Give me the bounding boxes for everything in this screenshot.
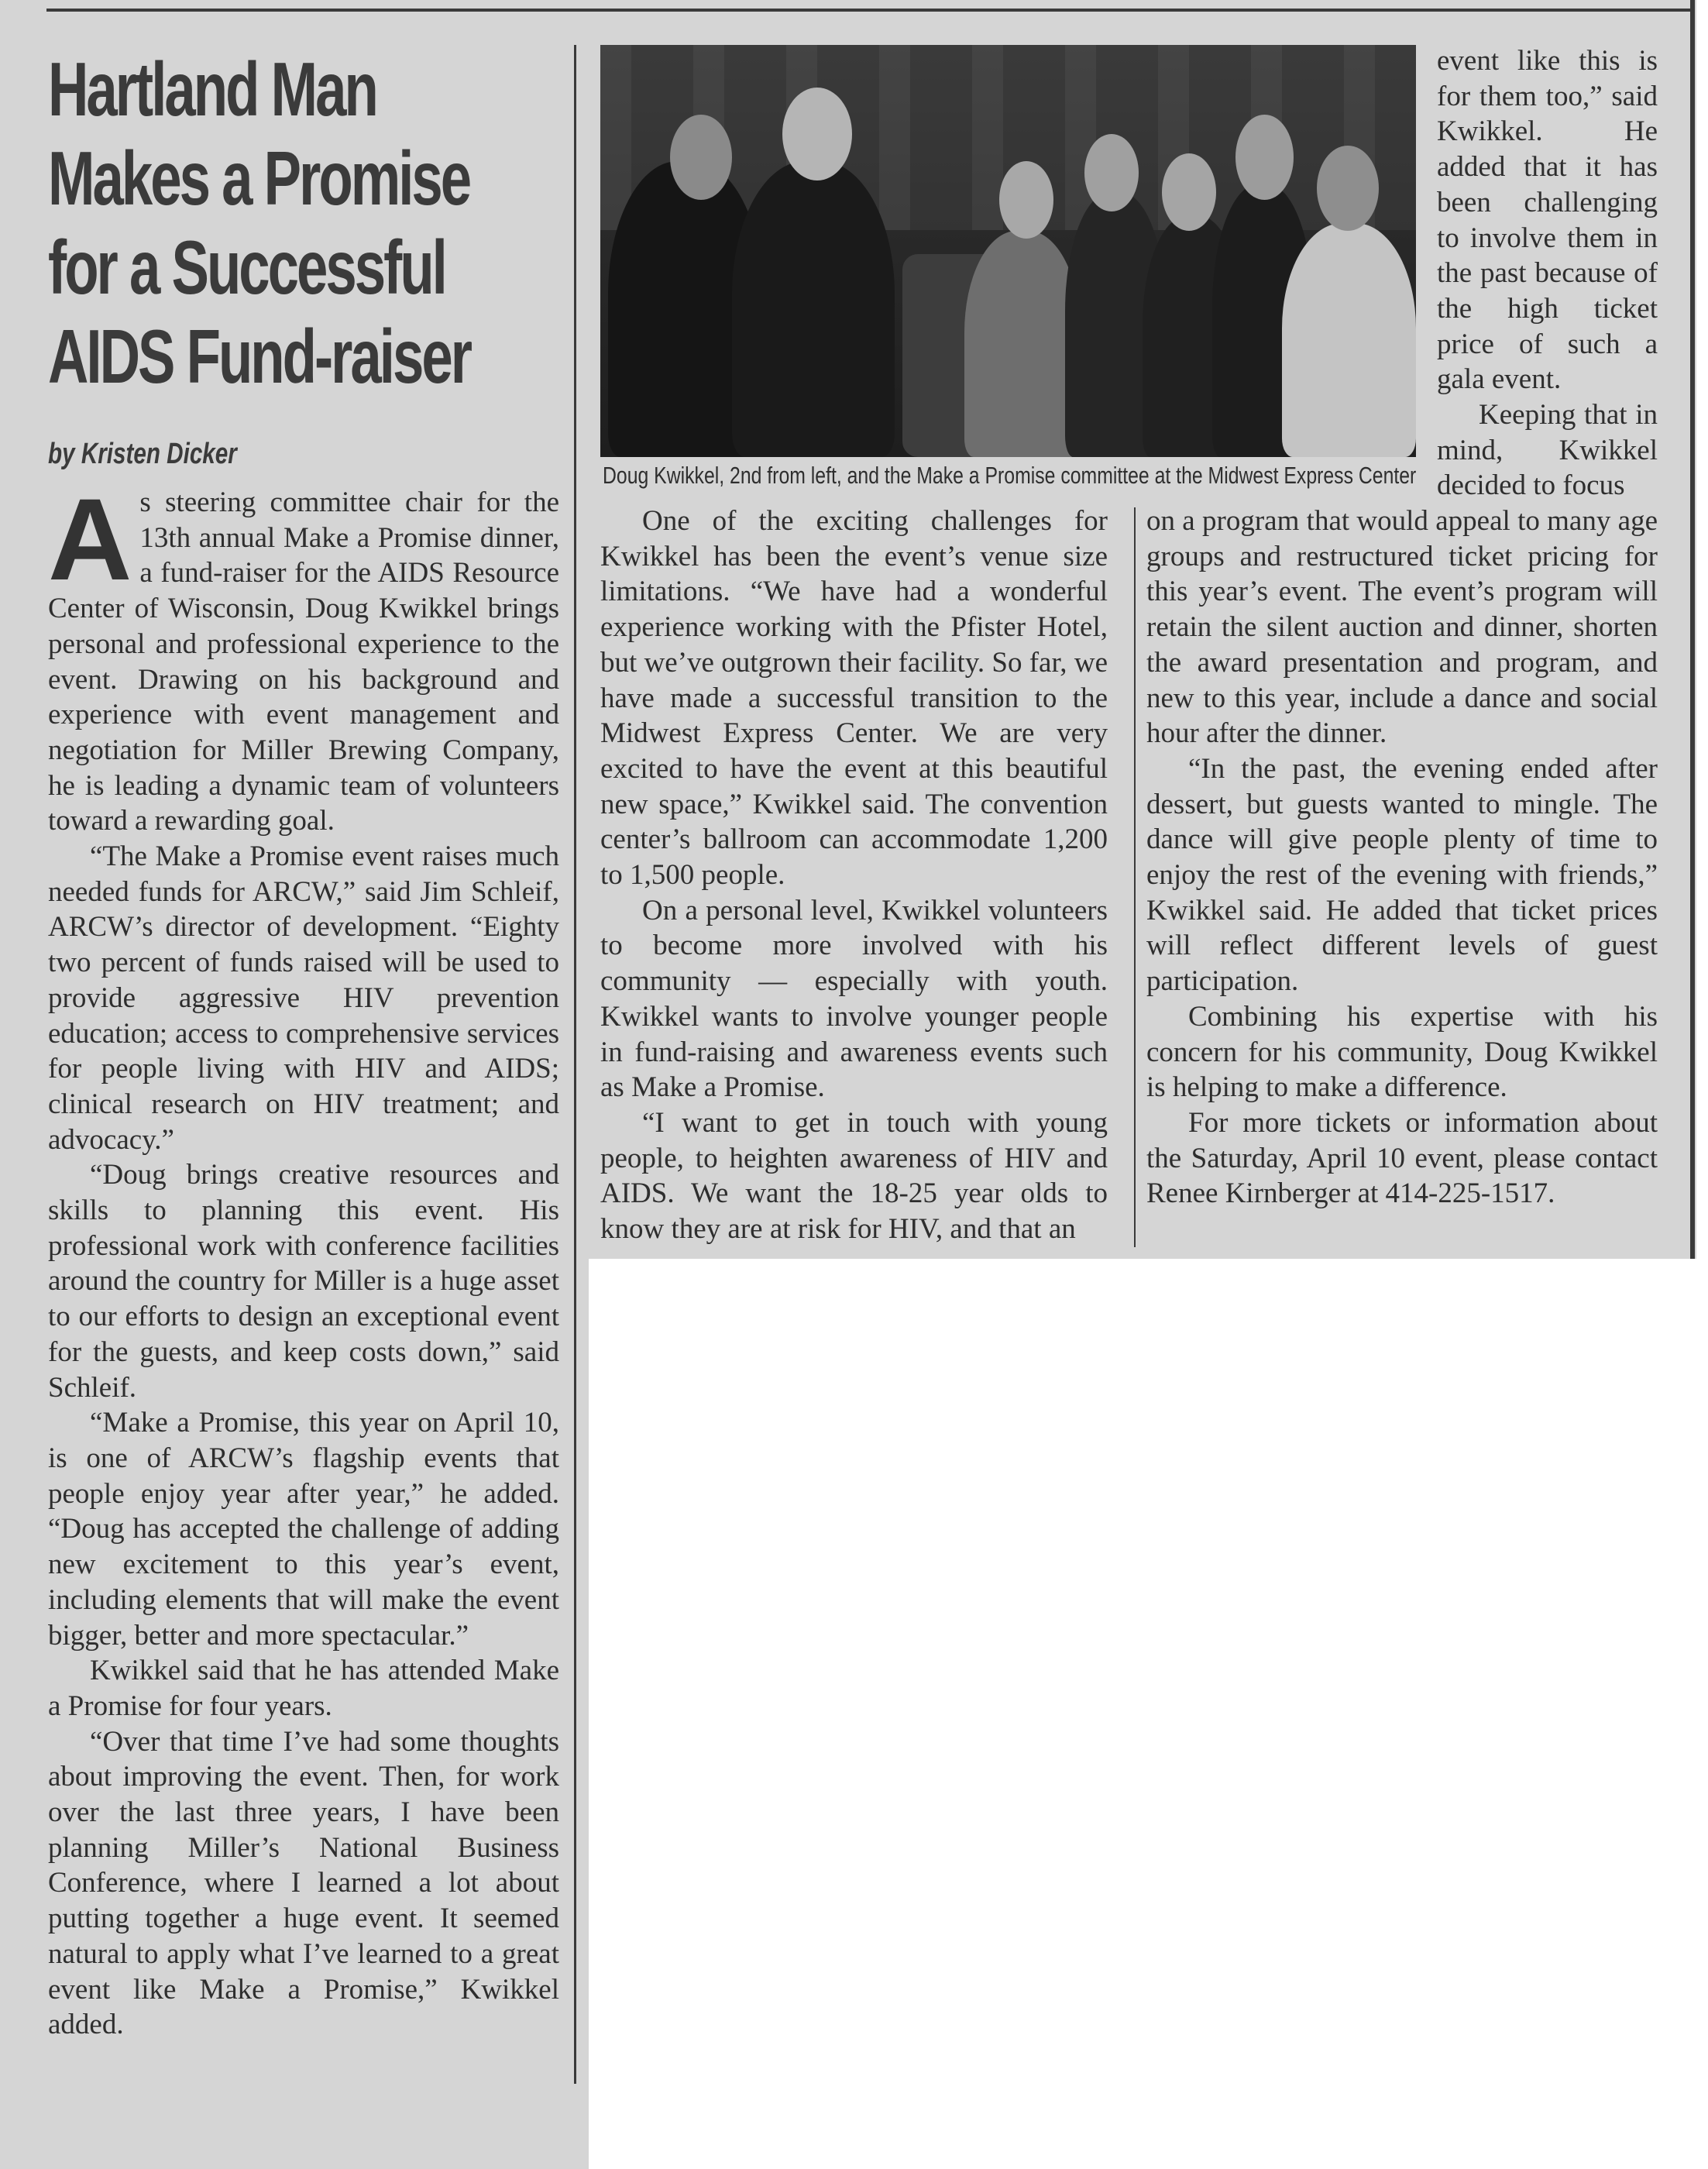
column-divider-left [574,45,576,2084]
article-column-3-bottom: on a program that would appeal to many a… [1146,504,1658,1212]
paragraph: event like this is for them too,” said K… [1437,43,1658,397]
headline-line-2: Makes a Promise [48,134,438,223]
headline: Hartland Man Makes a Promise for a Succe… [48,45,438,401]
article-column-2: One of the exciting challenges for Kwikk… [600,504,1108,1247]
photo-caption: Doug Kwikkel, 2nd from left, and the Mak… [603,462,1260,490]
article-column-3-top: event like this is for them too,” said K… [1437,43,1658,504]
person-head [670,115,732,200]
paragraph: on a program that would appeal to many a… [1146,504,1658,751]
headline-line-1: Hartland Man [48,45,438,134]
paragraph: “I want to get in touch with young peopl… [600,1105,1108,1247]
paragraph: One of the exciting challenges for Kwikk… [600,504,1108,893]
person-silhouette [1282,223,1416,457]
right-border-rule [1690,0,1695,1259]
paragraph: For more tickets or information about th… [1146,1105,1658,1212]
paragraph: Kwikkel said that he has attended Make a… [48,1653,559,1724]
paragraph: “Doug brings creative resources and skil… [48,1157,559,1405]
headline-line-4: AIDS Fund-raiser [48,312,438,401]
person-head [1317,146,1379,231]
paragraph: Combining his expertise with his concern… [1146,999,1658,1105]
paragraph: Keeping that in mind, Kwikkel decided to… [1437,397,1658,504]
person-silhouette [964,231,1081,457]
person-head [1084,134,1139,211]
person-head [999,161,1053,239]
column-divider-middle [1134,507,1136,1247]
person-head [782,88,852,180]
committee-photo [600,45,1416,457]
person-silhouette [732,161,895,457]
article-column-1: As steering committee chair for the 13th… [48,485,559,2043]
paragraph: “The Make a Promise event raises much ne… [48,839,559,1157]
paragraph: “In the past, the evening ended after de… [1146,751,1658,999]
person-head [1235,115,1294,200]
paragraph: “Make a Promise, this year on April 10, … [48,1405,559,1653]
lead-paragraph: As steering committee chair for the 13th… [48,485,559,839]
paragraph: “Over that time I’ve had some thoughts a… [48,1724,559,2043]
person-head [1162,153,1216,231]
headline-line-3: for a Successful [48,223,438,312]
byline: by Kristen Dicker [48,438,237,471]
top-rule [46,9,1690,12]
paragraph: On a personal level, Kwikkel volunteers … [600,893,1108,1105]
drop-cap: A [48,490,132,589]
